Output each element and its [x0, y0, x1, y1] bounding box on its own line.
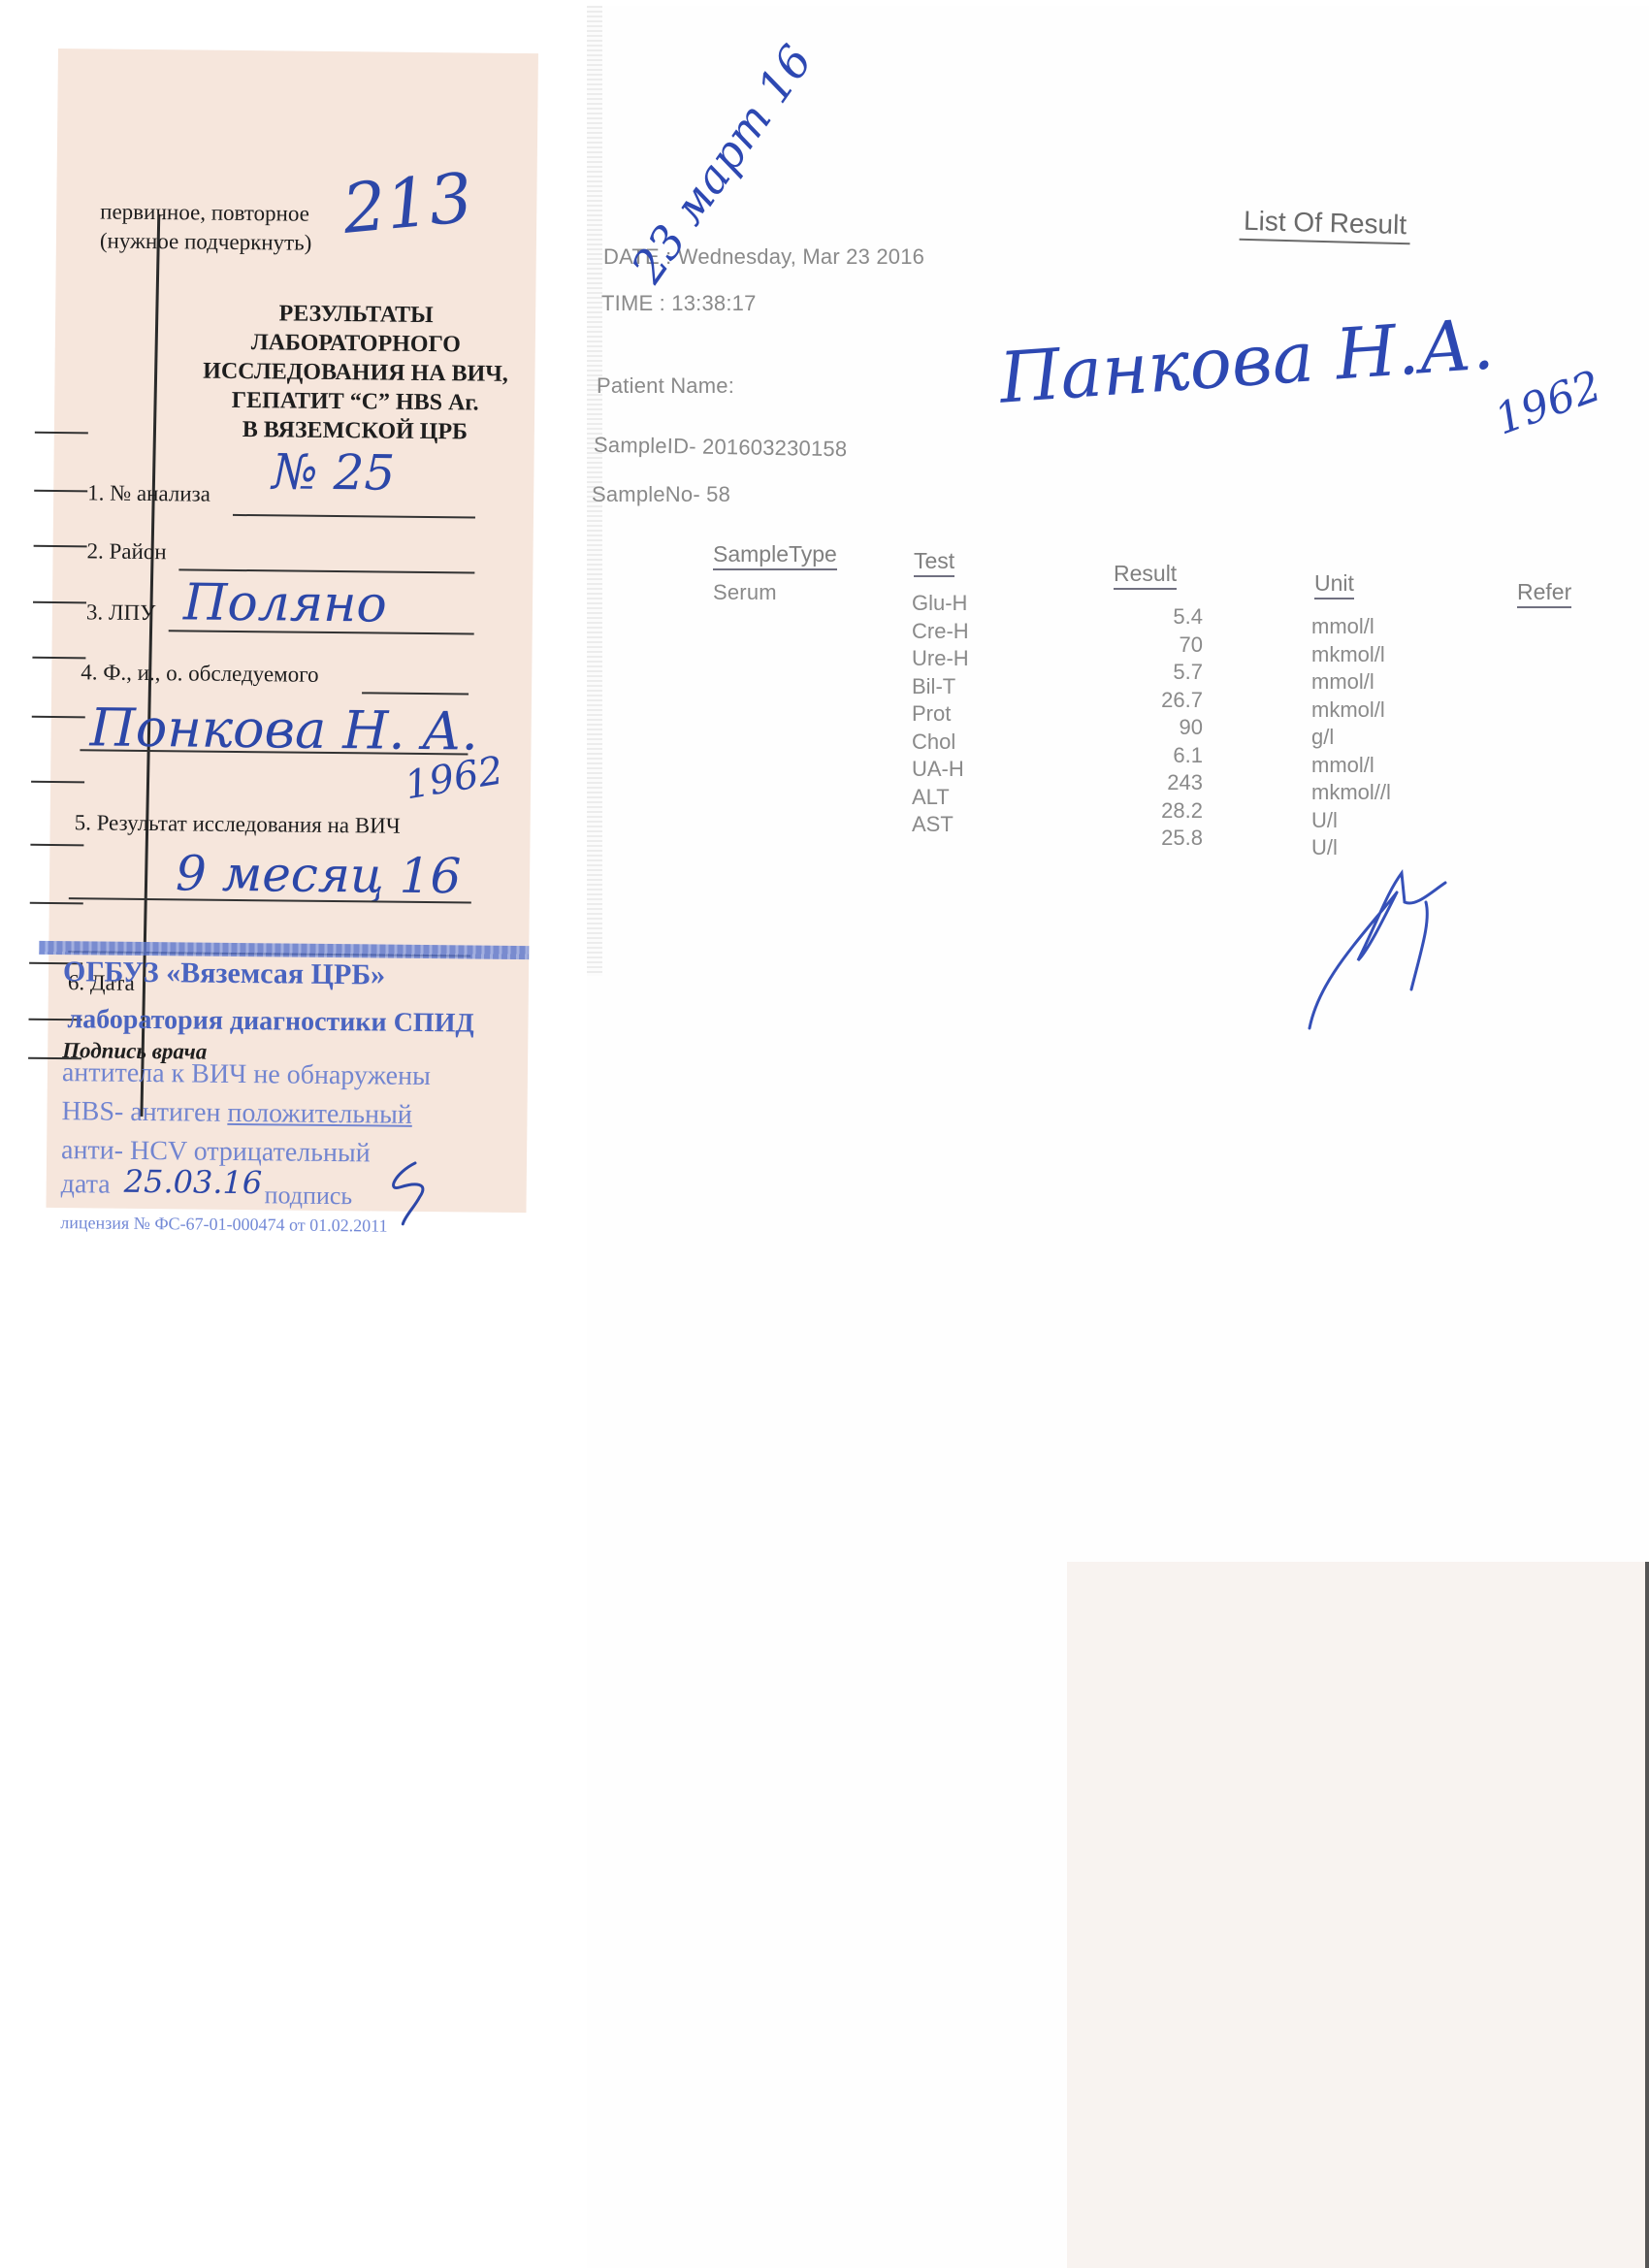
sample-no-line: SampleNo- 58: [592, 482, 730, 507]
column-header-refer: Refer: [1517, 579, 1571, 608]
primary-repeat-label: первичное, повторное: [100, 199, 309, 226]
table-cell-unit: mmol/l: [1311, 752, 1447, 780]
heading-line: РЕЗУЛЬТАТЫ: [162, 298, 550, 331]
report-title: List Of Result: [1240, 206, 1411, 245]
table-cell-test: Glu-H: [912, 590, 1028, 618]
sample-no-value: 58: [706, 482, 730, 506]
table-cell-result: 26.7: [1106, 687, 1203, 715]
sample-type-value: Serum: [713, 580, 777, 605]
table-cell-unit: mkmol//l: [1311, 779, 1447, 807]
stamp-hiv-result: антитела к ВИЧ не обнаружены: [62, 1057, 431, 1092]
table-cell-test: AST: [912, 811, 1028, 839]
sample-id-line: SampleID- 201603230158: [594, 433, 848, 463]
time-value: 13:38:17: [671, 291, 756, 315]
column-header-test: Test: [914, 548, 954, 577]
stamp-date-value: 25.03.16: [124, 1163, 263, 1201]
table-cell-test: UA-H: [912, 756, 1028, 784]
hiv-hepatitis-result-slip: первичное, повторное (нужное подчеркнуть…: [46, 49, 537, 1213]
table-cell-test: Chol: [912, 729, 1028, 757]
table-cell-unit: mkmol/l: [1311, 697, 1447, 725]
margin-tick: [34, 545, 87, 548]
field-label-hiv-result: 5. Результат исследования на ВИЧ: [75, 810, 401, 839]
table-cell-test: ALT: [912, 784, 1028, 812]
field-label-district: 2. Район: [86, 538, 166, 565]
table-cell-result: 5.7: [1106, 659, 1203, 687]
table-cell-unit: mmol/l: [1311, 668, 1447, 697]
field-value-analysis-no: № 25: [272, 443, 395, 501]
margin-tick: [30, 902, 83, 905]
sample-id-value: 201603230158: [702, 435, 848, 462]
table-cell-result: 70: [1106, 632, 1203, 660]
slip-heading: РЕЗУЛЬТАТЫ ЛАБОРАТОРНОГО ИССЛЕДОВАНИЯ НА…: [161, 298, 551, 447]
margin-tick: [34, 490, 87, 493]
table-cell-test: Cre-H: [912, 618, 1028, 646]
stamp-organization: ОГБУЗ «Вяземсая ЦРБ»: [63, 956, 385, 991]
stamp-hbs-label: HBS- антиген: [61, 1096, 220, 1128]
column-header-unit: Unit: [1314, 570, 1354, 599]
table-cell-test: Prot: [912, 700, 1028, 729]
page-shadow-region: [1067, 1562, 1649, 2268]
stamp-sign-label: подпись: [264, 1181, 352, 1211]
table-cell-result: 6.1: [1106, 742, 1203, 770]
test-column: Glu-H Cre-H Ure-H Bil-T Prot Chol UA-H A…: [912, 590, 1028, 839]
field-underline: [362, 692, 469, 695]
underline-hint: (нужное подчеркнуть): [100, 228, 312, 255]
table-cell-unit: mkmol/l: [1311, 641, 1447, 669]
field-value-hiv-result: 9 месяц 16: [176, 845, 462, 904]
margin-tick: [32, 657, 85, 660]
stamp-license: лицензия № ФС-67-01-000474 от 01.02.2011: [60, 1213, 387, 1237]
table-cell-result: 5.4: [1106, 603, 1203, 632]
stamp-laboratory: лаборатория диагностики СПИД: [67, 1004, 474, 1039]
table-cell-result: 28.2: [1106, 797, 1203, 826]
heading-line: ЛАБОРАТОРНОГО: [162, 327, 550, 360]
sample-id-label: SampleID-: [594, 433, 696, 459]
heading-line: В ВЯЗЕМСКОЙ ЦРБ: [161, 414, 549, 447]
field-underline: [233, 514, 475, 519]
field-value-lpu: Поляно: [183, 573, 387, 633]
table-cell-result: 90: [1106, 714, 1203, 742]
time-line: TIME : 13:38:17: [601, 291, 757, 316]
table-cell-result: 25.8: [1106, 825, 1203, 853]
heading-line: ИССЛЕДОВАНИЯ НА ВИЧ,: [161, 356, 549, 389]
column-header-result: Result: [1114, 561, 1177, 590]
doctor-signature-icon: [1290, 854, 1484, 1048]
table-cell-test: Bil-T: [912, 673, 1028, 701]
margin-tick: [30, 844, 83, 847]
scan-border: [1645, 1562, 1649, 2268]
unit-column: mmol/l mkmol/l mmol/l mkmol/l g/l mmol/l…: [1311, 613, 1447, 862]
handwritten-number: 213: [339, 158, 476, 249]
margin-tick: [32, 716, 85, 719]
table-cell-test: Ure-H: [912, 645, 1028, 673]
margin-tick: [33, 601, 86, 604]
field-underline: [178, 568, 474, 573]
field-label-lpu: 3. ЛПУ: [86, 599, 156, 626]
date-value: Wednesday, Mar 23 2016: [678, 244, 924, 269]
stamp-date-label: дата: [61, 1169, 111, 1201]
time-label: TIME :: [601, 291, 665, 315]
patient-name-label: Patient Name:: [597, 373, 734, 399]
margin-tick: [35, 432, 88, 435]
result-column: 5.4 70 5.7 26.7 90 6.1 243 28.2 25.8: [1106, 603, 1203, 853]
stamp-hbs-value: положительный: [227, 1098, 412, 1130]
field-label-patient-fio: 4. Ф., и., о. обследуемого: [81, 660, 319, 688]
sample-no-label: SampleNo-: [592, 482, 700, 506]
column-header-sampletype: SampleType: [713, 541, 837, 570]
table-cell-unit: g/l: [1311, 724, 1447, 752]
margin-tick: [31, 781, 84, 784]
table-cell-unit: mmol/l: [1311, 613, 1447, 641]
table-cell-unit: U/l: [1311, 807, 1447, 835]
field-label-analysis-no: 1. № анализа: [87, 480, 210, 506]
heading-line: ГЕПАТИТ “С” HBS Аг.: [161, 385, 549, 418]
table-cell-result: 243: [1106, 769, 1203, 797]
stamp-hbs-line: HBS- антиген положительный: [61, 1096, 412, 1131]
